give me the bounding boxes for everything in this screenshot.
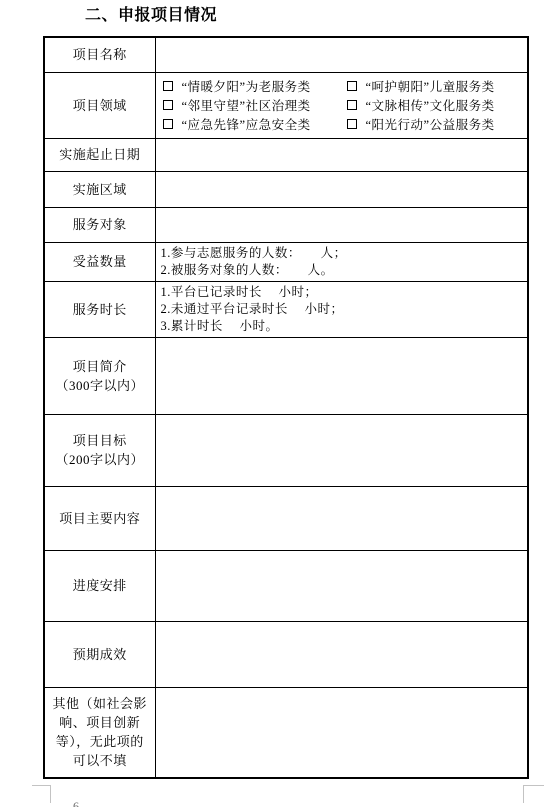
row-label-service-hours: 服务时长 xyxy=(44,281,155,337)
checkbox-icon[interactable] xyxy=(163,81,173,91)
expected-results-input-cell[interactable] xyxy=(155,621,528,687)
project-info-table: 项目名称 项目领域 “情暖夕阳”为老服务类 “呵护朝阳”儿童服务类 xyxy=(43,36,529,779)
table-row-project-goals: 项目目标 （200字以内） xyxy=(44,414,528,486)
table-row-service-targets: 服务对象 xyxy=(44,207,528,242)
checkbox-icon[interactable] xyxy=(163,100,173,110)
table-row-implementation-area: 实施区域 xyxy=(44,171,528,207)
checkbox-option-label: “阳光行动”公益服务类 xyxy=(366,115,495,133)
row-label-project-field: 项目领域 xyxy=(44,72,155,138)
table-row-project-field: 项目领域 “情暖夕阳”为老服务类 “呵护朝阳”儿童服务类 xyxy=(44,72,528,138)
implementation-area-input-cell[interactable] xyxy=(155,171,528,207)
other-notes-input-cell[interactable] xyxy=(155,687,528,778)
row-label-schedule: 进度安排 xyxy=(44,550,155,621)
row-label-implementation-dates: 实施起止日期 xyxy=(44,138,155,171)
project-main-content-input-cell[interactable] xyxy=(155,486,528,550)
row-label-implementation-area: 实施区域 xyxy=(44,171,155,207)
margin-crop-mark-right xyxy=(523,785,544,803)
checkbox-option-label: “应急先锋”应急安全类 xyxy=(182,115,311,133)
checkbox-option-label: “情暖夕阳”为老服务类 xyxy=(182,77,311,95)
page-number: 6 xyxy=(73,799,79,807)
checkbox-icon[interactable] xyxy=(347,119,357,129)
table-row-project-main-content: 项目主要内容 xyxy=(44,486,528,550)
service-hours-template-text: 1.平台已记录时长 小时； 2.未通过平台记录时长 小时； 3.累计时长 小时。 xyxy=(156,282,528,337)
checkbox-icon[interactable] xyxy=(347,100,357,110)
margin-crop-mark-left xyxy=(32,785,51,803)
checkbox-option-label: “文脉相传”文化服务类 xyxy=(366,96,495,114)
row-label-beneficiary-count: 受益数量 xyxy=(44,242,155,281)
checkbox-option-community-governance[interactable]: “邻里守望”社区治理类 xyxy=(163,96,347,115)
table-row-expected-results: 预期成效 xyxy=(44,621,528,687)
project-name-input-cell[interactable] xyxy=(155,37,528,72)
checkbox-option-public-welfare[interactable]: “阳光行动”公益服务类 xyxy=(347,115,526,134)
service-hours-input-cell[interactable]: 1.平台已记录时长 小时； 2.未通过平台记录时长 小时； 3.累计时长 小时。 xyxy=(155,281,528,337)
project-intro-input-cell[interactable] xyxy=(155,337,528,414)
schedule-input-cell[interactable] xyxy=(155,550,528,621)
checkbox-icon[interactable] xyxy=(163,119,173,129)
table-row-service-hours: 服务时长 1.平台已记录时长 小时； 2.未通过平台记录时长 小时； 3.累计时… xyxy=(44,281,528,337)
project-field-options-cell: “情暖夕阳”为老服务类 “呵护朝阳”儿童服务类 “邻里守望”社区治理类 xyxy=(155,72,528,138)
table-row-implementation-dates: 实施起止日期 xyxy=(44,138,528,171)
checkbox-icon[interactable] xyxy=(347,81,357,91)
table-row-project-intro: 项目简介 （300字以内） xyxy=(44,337,528,414)
row-label-service-targets: 服务对象 xyxy=(44,207,155,242)
checkbox-option-label: “邻里守望”社区治理类 xyxy=(182,96,311,114)
row-label-expected-results: 预期成效 xyxy=(44,621,155,687)
checkbox-option-children-service[interactable]: “呵护朝阳”儿童服务类 xyxy=(347,77,526,96)
project-field-checkbox-grid: “情暖夕阳”为老服务类 “呵护朝阳”儿童服务类 “邻里守望”社区治理类 xyxy=(156,73,528,138)
table-row-other-notes: 其他（如社会影 响、项目创新 等），无此项的 可以不填 xyxy=(44,687,528,778)
row-label-project-intro: 项目简介 （300字以内） xyxy=(44,337,155,414)
checkbox-option-elderly-service[interactable]: “情暖夕阳”为老服务类 xyxy=(163,77,347,96)
row-label-project-goals: 项目目标 （200字以内） xyxy=(44,414,155,486)
implementation-dates-input-cell[interactable] xyxy=(155,138,528,171)
checkbox-option-emergency-safety[interactable]: “应急先锋”应急安全类 xyxy=(163,115,347,134)
beneficiary-count-input-cell[interactable]: 1.参与志愿服务的人数： 人； 2.被服务对象的人数： 人。 xyxy=(155,242,528,281)
row-label-other-notes: 其他（如社会影 响、项目创新 等），无此项的 可以不填 xyxy=(44,687,155,778)
checkbox-option-label: “呵护朝阳”儿童服务类 xyxy=(366,77,495,95)
row-label-project-main-content: 项目主要内容 xyxy=(44,486,155,550)
project-goals-input-cell[interactable] xyxy=(155,414,528,486)
checkbox-option-culture-service[interactable]: “文脉相传”文化服务类 xyxy=(347,96,526,115)
row-label-project-name: 项目名称 xyxy=(44,37,155,72)
table-row-beneficiary-count: 受益数量 1.参与志愿服务的人数： 人； 2.被服务对象的人数： 人。 xyxy=(44,242,528,281)
table-row-project-name: 项目名称 xyxy=(44,37,528,72)
service-targets-input-cell[interactable] xyxy=(155,207,528,242)
beneficiary-count-template-text: 1.参与志愿服务的人数： 人； 2.被服务对象的人数： 人。 xyxy=(156,243,528,281)
document-page: 二、申报项目情况 项目名称 项目领域 “情暖夕阳”为老服务类 xyxy=(0,0,551,807)
section-title: 二、申报项目情况 xyxy=(85,2,217,25)
table-row-schedule: 进度安排 xyxy=(44,550,528,621)
